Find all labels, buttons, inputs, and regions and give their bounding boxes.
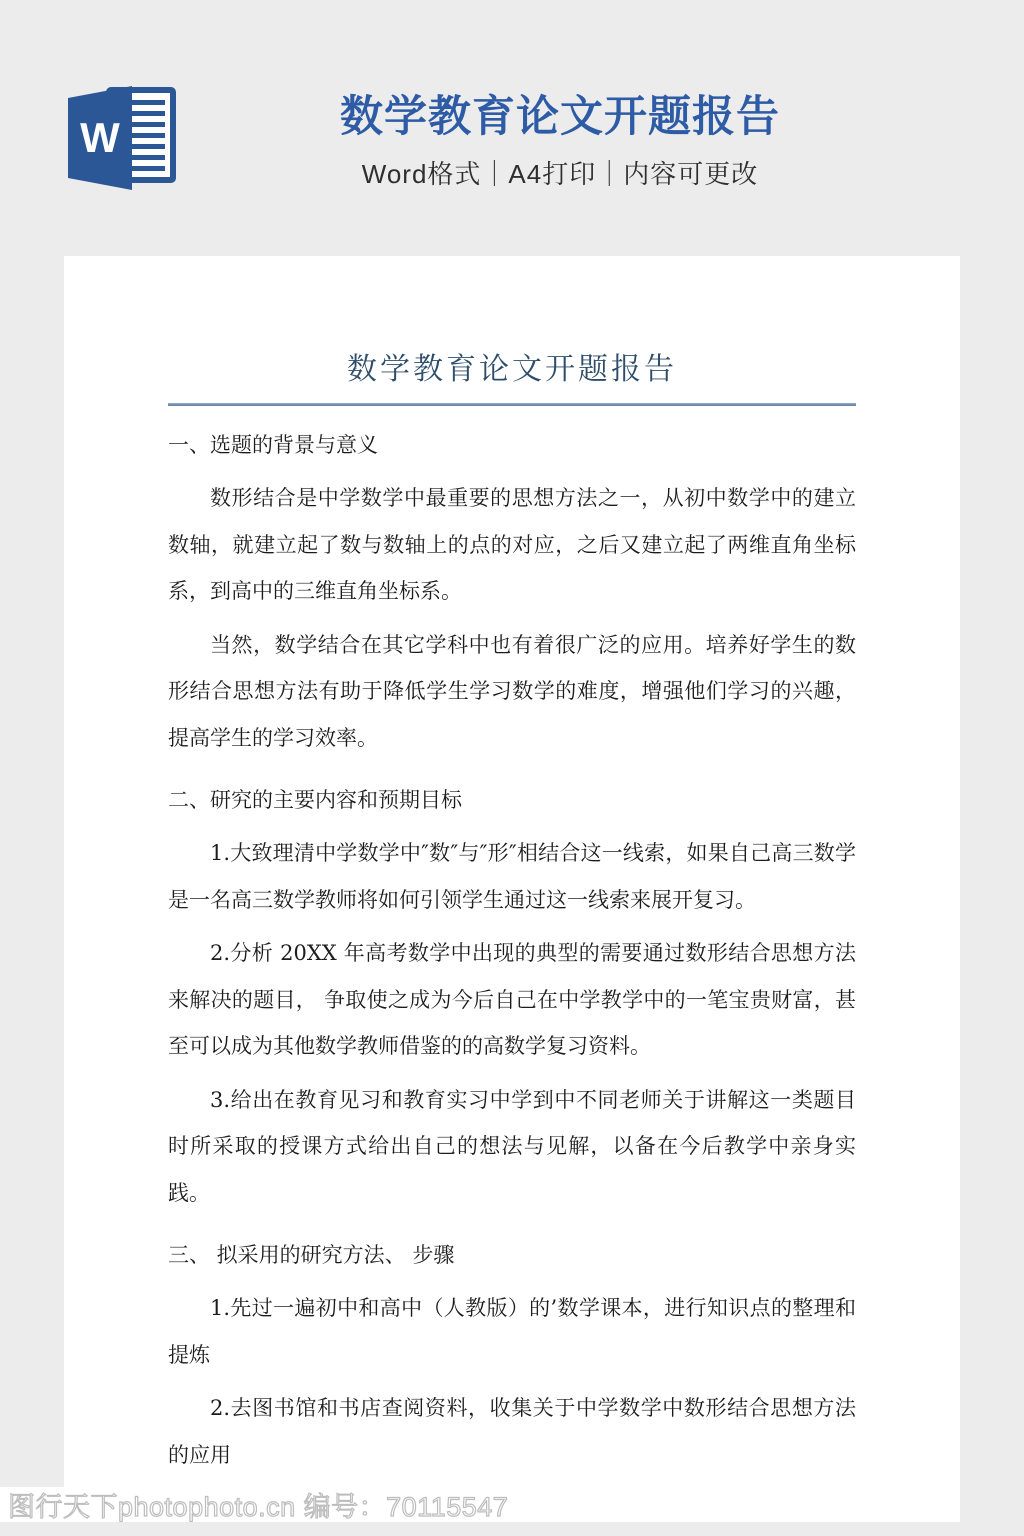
header: W 数学教育论文开题报告 Word格式｜A4打印｜内容可更改	[0, 0, 1024, 256]
doc-paragraph: 2.分析 20XX 年高考数学中出现的典型的需要通过数形结合思想方法来解决的题目…	[168, 930, 856, 1070]
document-page: 数学教育论文开题报告 一、选题的背景与意义数形结合是中学数学中最重要的思想方法之…	[64, 256, 960, 1522]
doc-section-heading: 三、 拟采用的研究方法、 步骤	[168, 1232, 856, 1278]
footer-watermark-bar: 图行天下photophoto.cn 编号：70115547	[0, 1487, 960, 1522]
title-rule	[168, 403, 856, 406]
doc-paragraph: 1.大致理清中学数学中″数″与″形″相结合这一线索，如果自己高三数学是一名高三数…	[168, 830, 856, 923]
document-body: 一、选题的背景与意义数形结合是中学数学中最重要的思想方法之一，从初中数学中的建立…	[168, 422, 856, 1478]
doc-paragraph: 2.去图书馆和书店查阅资料，收集关于中学数学中数形结合思想方法的应用	[168, 1385, 856, 1478]
document-title: 数学教育论文开题报告	[168, 350, 856, 390]
bottom-strip	[0, 1522, 1024, 1536]
doc-paragraph: 3.给出在教育见习和教育实习中学到中不同老师关于讲解这一类题目时所采取的授课方式…	[168, 1077, 856, 1217]
doc-paragraph: 当然，数学结合在其它学科中也有着很广泛的应用。培养好学生的数形结合思想方法有助于…	[168, 622, 856, 762]
watermark-text: 图行天下photophoto.cn 编号：70115547	[0, 1485, 508, 1524]
header-titles: 数学教育论文开题报告 Word格式｜A4打印｜内容可更改	[340, 92, 780, 188]
template-subtitle: Word格式｜A4打印｜内容可更改	[340, 160, 780, 188]
template-title: 数学教育论文开题报告	[340, 92, 780, 142]
doc-section-heading: 二、研究的主要内容和预期目标	[168, 777, 856, 823]
doc-paragraph: 数形结合是中学数学中最重要的思想方法之一，从初中数学中的建立数轴，就建立起了数与…	[168, 475, 856, 615]
page-canvas: W 数学教育论文开题报告 Word格式｜A4打印｜内容可更改 数学教育论文开题报…	[0, 0, 1024, 1536]
doc-section-heading: 一、选题的背景与意义	[168, 422, 856, 468]
word-icon-letter: W	[80, 114, 120, 161]
doc-paragraph: 1.先过一遍初中和高中（人教版）的’数学课本，进行知识点的整理和提炼	[168, 1285, 856, 1378]
word-icon: W	[60, 82, 182, 194]
